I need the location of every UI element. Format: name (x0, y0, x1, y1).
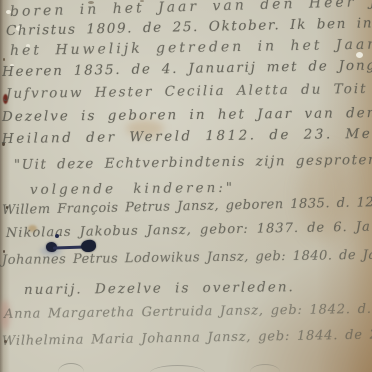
manuscript-line: Christus 1809. de 25. Oktober. Ik ben in (6, 15, 372, 39)
ink-speck (55, 234, 59, 238)
binding-speckle (3, 58, 5, 61)
pen-trace (150, 365, 205, 372)
manuscript-line: het Huwelijk getreden in het Jaar (10, 37, 372, 59)
manuscript-line: Heiland der Wereld 1812. de 23. Mei (2, 126, 372, 147)
manuscript-line: nuarij. Dezelve is overleden. (24, 279, 295, 298)
manuscript-page-photo: boren in het Jaar van den Heer Je Christ… (0, 0, 372, 372)
manuscript-line: Nikolaas Jakobus Jansz, gebor: 1837. de … (6, 220, 371, 241)
manuscript-line: Wilhelmina Maria Johanna Jansz, geb: 184… (2, 327, 372, 349)
manuscript-line: volgende kinderen:" (30, 180, 235, 198)
manuscript-line: Jufvrouw Hester Cecilia Aletta du Toit (6, 81, 368, 102)
manuscript-line: Heeren 1835. de 4. Januarij met de Jonge (2, 57, 372, 80)
pen-trace (58, 363, 84, 372)
manuscript-line: Anna Margaretha Gertruida Jansz, geb: 18… (4, 302, 372, 322)
pen-trace (250, 364, 280, 372)
manuscript-line: Dezelve is geboren in het Jaar van den (2, 105, 372, 125)
